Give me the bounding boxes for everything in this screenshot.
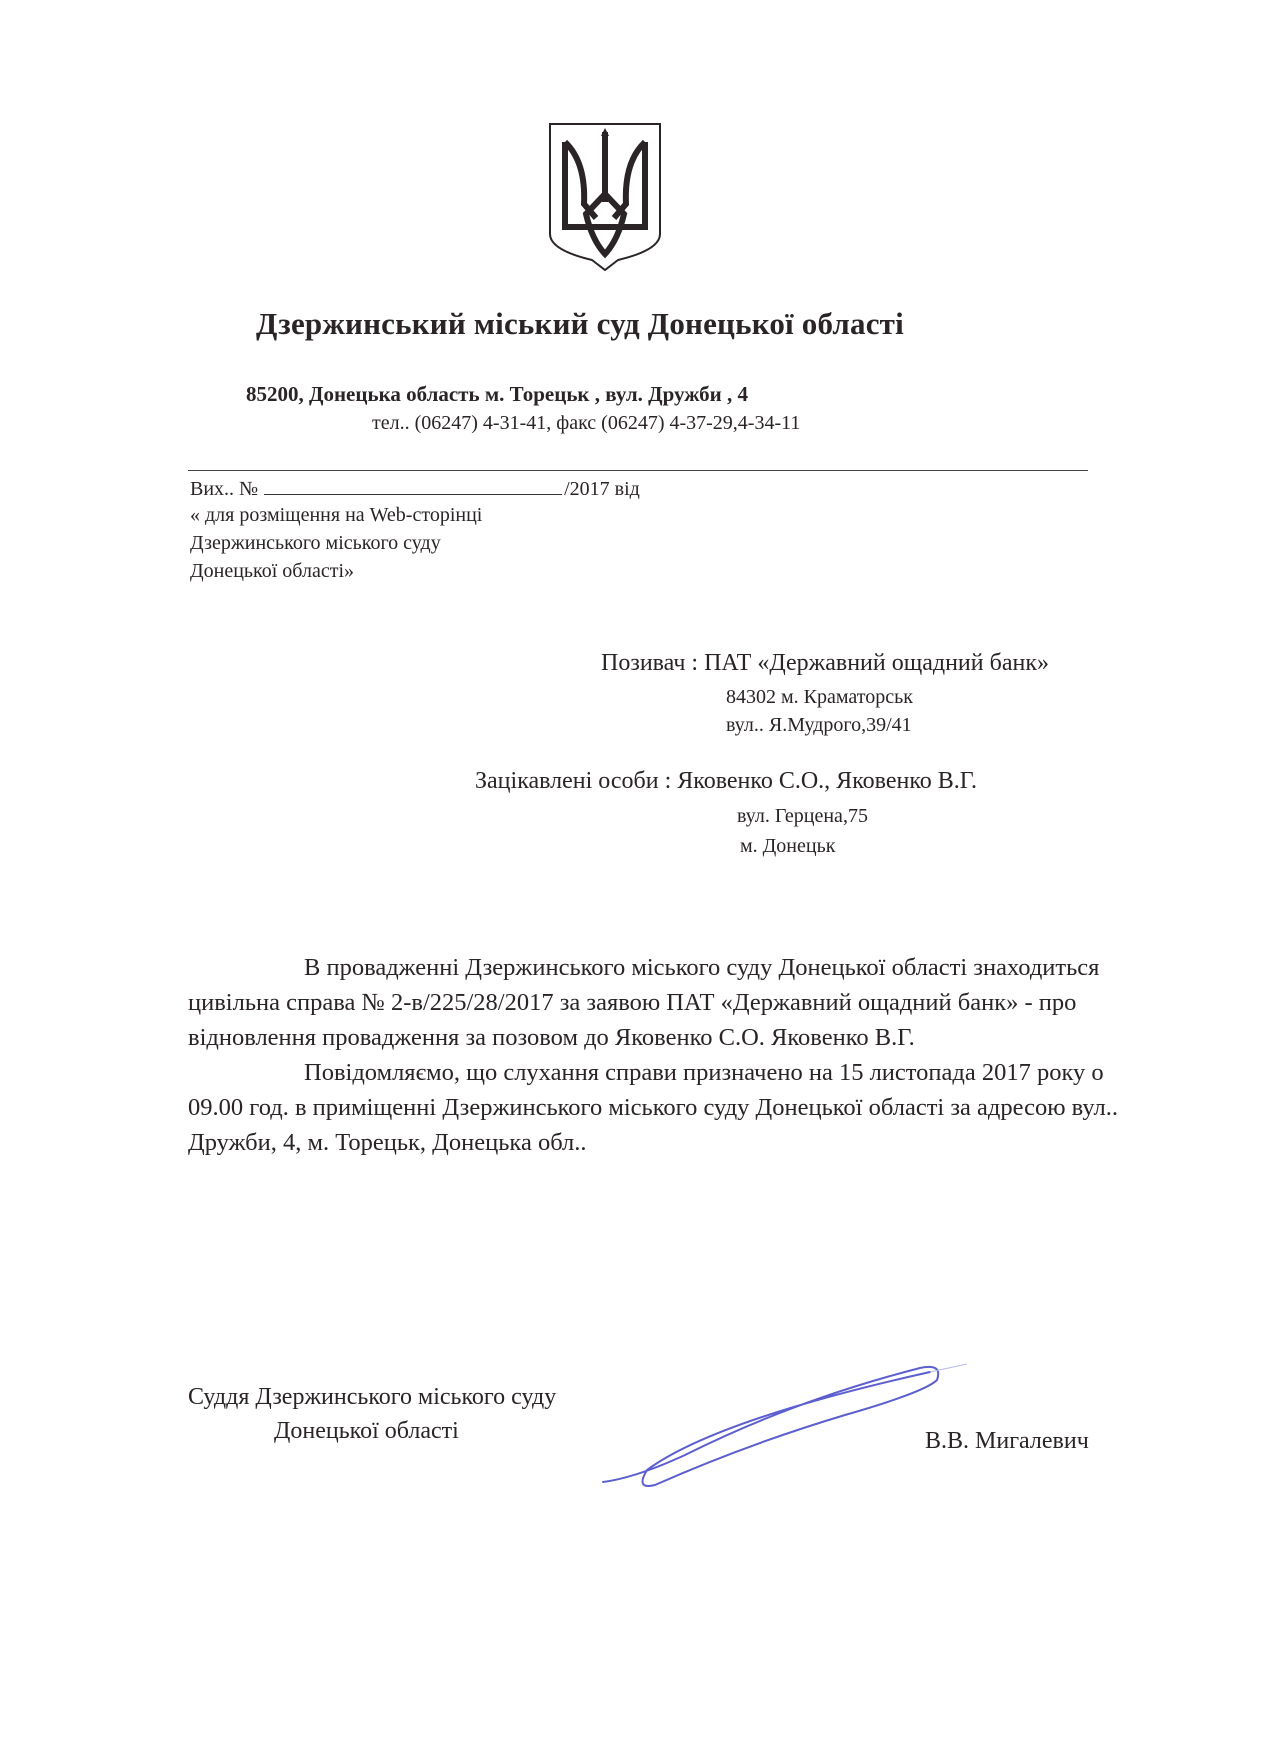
body-paragraph-1: В провадженні Дзержинського міського суд… bbox=[188, 950, 1148, 1055]
coat-of-arms-icon bbox=[548, 122, 662, 272]
outgoing-number-label: Вих.. № bbox=[190, 478, 258, 500]
header-divider bbox=[188, 470, 1088, 471]
court-phones: тел.. (06247) 4-31-41, факс (06247) 4-37… bbox=[372, 412, 800, 435]
web-note-line-1: « для розміщення на Web-сторінці bbox=[190, 504, 482, 527]
web-note-line-3: Донецької області» bbox=[190, 560, 354, 583]
outgoing-number-line: Вих.. №/2017 від bbox=[190, 476, 640, 501]
letter-body: В провадженні Дзержинського міського суд… bbox=[188, 950, 1148, 1160]
interested-address-1: вул. Герцена,75 bbox=[737, 805, 868, 828]
body-paragraph-2: Повідомляємо, що слухання справи признач… bbox=[188, 1055, 1148, 1160]
judge-title-line-2: Донецької області bbox=[274, 1418, 459, 1445]
plaintiff-label: Позивач : ПАТ «Державний ощадний банк» bbox=[601, 650, 1049, 677]
web-note-line-2: Дзержинського міського суду bbox=[190, 532, 441, 555]
interested-address-2: м. Донецьк bbox=[740, 835, 835, 858]
plaintiff-address-1: 84302 м. Краматорськ bbox=[726, 686, 913, 709]
court-name: Дзержинський міський суд Донецької облас… bbox=[256, 306, 904, 342]
court-address: 85200, Донецька область м. Торецьк , вул… bbox=[246, 382, 748, 407]
plaintiff-address-2: вул.. Я.Мудрого,39/41 bbox=[726, 714, 912, 737]
judge-title-line-1: Суддя Дзержинського міського суду bbox=[188, 1384, 556, 1411]
interested-parties-label: Зацікавлені особи : Яковенко С.О., Якове… bbox=[475, 768, 977, 795]
outgoing-number-blank bbox=[264, 476, 562, 495]
handwritten-signature-icon bbox=[595, 1360, 975, 1490]
outgoing-year: /2017 від bbox=[564, 478, 640, 500]
